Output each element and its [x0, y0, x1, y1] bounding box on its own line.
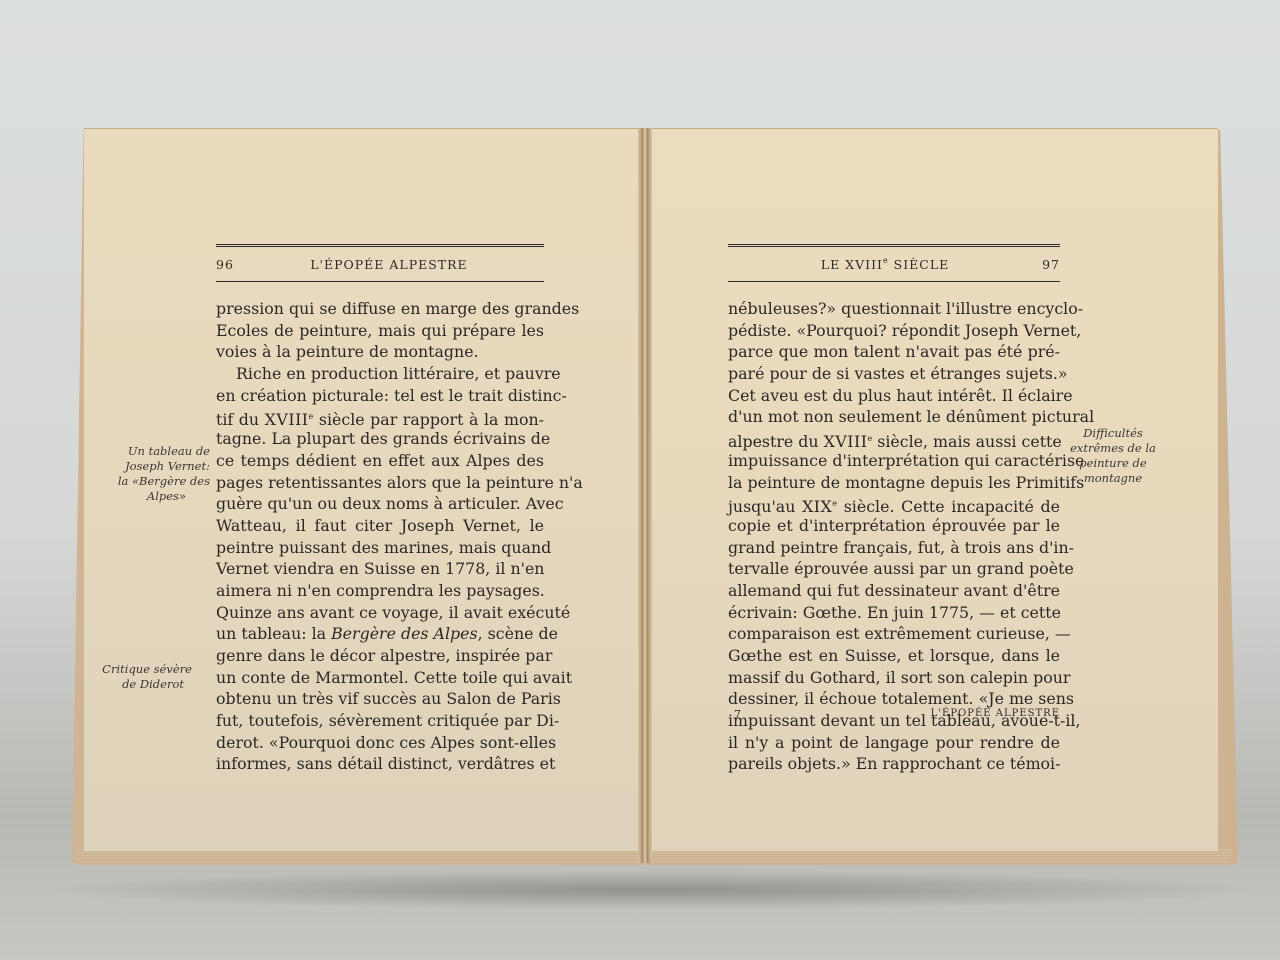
note-line: la «Bergère des: [100, 474, 210, 489]
text-fragment: alpestre du: [728, 432, 824, 451]
note-line: montagne: [1070, 471, 1156, 486]
text-line: genre dans le décor alpestre, inspirée p…: [216, 645, 544, 667]
text-line: Vernet viendra en Suisse en 1778, il n'e…: [216, 558, 544, 580]
text-line: grand peintre français, fut, à trois ans…: [728, 537, 1060, 559]
text-line: Gœthe est en Suisse, et lorsque, dans le: [728, 645, 1060, 667]
right-running-title-part: SIÈCLE: [889, 257, 950, 272]
margin-note-diderot: Critique sévère de Diderot: [100, 662, 192, 692]
text-line: un conte de Marmontel. Cette toile qui a…: [216, 667, 544, 689]
text-line: pages retentissantes alors que la peintu…: [216, 472, 544, 494]
left-running-title: L'ÉPOPÉE ALPESTRE: [234, 257, 544, 272]
text-line: tif du XVIIIe siècle par rapport à la mo…: [216, 406, 544, 428]
text-line: allemand qui fut dessinateur avant d'êtr…: [728, 580, 1060, 602]
note-line: Difficultés: [1070, 426, 1156, 441]
text-line: comparaison est extrêmement curieuse, —: [728, 623, 1060, 645]
text-fragment: siècle par rapport à la mon-: [313, 410, 544, 429]
text-line: paré pour de si vastes et étranges sujet…: [728, 363, 1060, 385]
text-fragment: jusqu'au: [728, 497, 802, 516]
left-page-number: 96: [216, 257, 234, 272]
text-line: Riche en production littéraire, et pauvr…: [216, 363, 544, 385]
text-line: Quinze ans avant ce voyage, il avait exé…: [216, 602, 544, 624]
left-running-head: 96 L'ÉPOPÉE ALPESTRE: [216, 244, 544, 282]
text-line: aimera ni n'en comprendra les paysages.: [216, 580, 544, 602]
text-line: pédiste. «Pourquoi? répondit Joseph Vern…: [728, 320, 1060, 342]
margin-note-difficultes: Difficultés extrêmes de la peinture de m…: [1070, 426, 1156, 486]
text-line: d'un mot non seulement le dénûment pictu…: [728, 406, 1060, 428]
text-line: nébuleuses?» questionnait l'illustre enc…: [728, 298, 1060, 320]
right-page-number: 97: [1042, 257, 1060, 272]
book-spine: [638, 128, 652, 863]
text-line: guère qu'un ou deux noms à articuler. Av…: [216, 493, 544, 515]
note-line: peinture de: [1070, 456, 1156, 471]
text-line: pareils objets.» En rapprochant ce témoi…: [728, 753, 1060, 775]
text-line: peintre puissant des marines, mais quand: [216, 537, 544, 559]
note-line: Alpes»: [100, 489, 210, 504]
right-running-title: LE XVIIIe SIÈCLE: [728, 256, 1042, 272]
text-line: informes, sans détail distinct, verdâtre…: [216, 753, 544, 775]
text-line: voies à la peinture de montagne.: [216, 341, 544, 363]
note-line: de Diderot: [100, 677, 192, 692]
text-line: copie et d'interprétation éprouvée par l…: [728, 515, 1060, 537]
text-line: ce temps dédient en effet aux Alpes des: [216, 450, 544, 472]
italic-title: Bergère des Alpes: [331, 624, 478, 643]
right-running-title-part: LE XVIII: [821, 257, 883, 272]
roman-numeral: XVIII: [265, 410, 309, 429]
text-line: tagne. La plupart des grands écrivains d…: [216, 428, 544, 450]
note-line: Joseph Vernet:: [100, 459, 210, 474]
text-fragment: tif du: [216, 410, 265, 429]
text-line: un tableau: la Bergère des Alpes, scène …: [216, 623, 544, 645]
text-line: Ecoles de peinture, mais qui prépare les: [216, 320, 544, 342]
printer-signature: 7 L'ÉPOPÉE ALPESTRE: [728, 708, 1060, 721]
text-line: massif du Gothard, il sort son calepin p…: [728, 667, 1060, 689]
left-body-text: pression qui se diffuse en marge des gra…: [216, 298, 544, 775]
text-line: il n'y a point de langage pour rendre de: [728, 732, 1060, 754]
text-fragment: un tableau: la: [216, 624, 331, 643]
text-line: Watteau, il faut citer Joseph Vernet, le: [216, 515, 544, 537]
text-line: pression qui se diffuse en marge des gra…: [216, 298, 544, 320]
right-running-head: LE XVIIIe SIÈCLE 97: [728, 244, 1060, 282]
text-line: parce que mon talent n'avait pas été pré…: [728, 341, 1060, 363]
note-line: Critique sévère: [100, 662, 192, 677]
book-shadow: [40, 870, 1260, 910]
text-line: écrivain: Gœthe. En juin 1775, — et cett…: [728, 602, 1060, 624]
text-fragment: , scène de: [478, 624, 558, 643]
note-line: extrêmes de la: [1070, 441, 1156, 456]
note-line: Un tableau de: [100, 444, 210, 459]
text-line: la peinture de montagne depuis les Primi…: [728, 472, 1060, 494]
text-line: alpestre du XVIIIe siècle, mais aussi ce…: [728, 428, 1060, 450]
text-line: fut, toutefois, sévèrement critiquée par…: [216, 710, 544, 732]
text-fragment: siècle, mais aussi cette: [872, 432, 1062, 451]
text-line: derot. «Pourquoi donc ces Alpes sont-ell…: [216, 732, 544, 754]
signature-title: L'ÉPOPÉE ALPESTRE: [931, 708, 1060, 721]
text-line: dessiner, il échoue totalement. «Je me s…: [728, 688, 1060, 710]
right-body-text: nébuleuses?» questionnait l'illustre enc…: [728, 298, 1060, 775]
roman-numeral: XVIII: [824, 432, 868, 451]
text-line: tervalle éprouvée aussi par un grand poè…: [728, 558, 1060, 580]
text-fragment: siècle. Cette incapacité de: [837, 497, 1060, 516]
signature-number: 7: [728, 708, 742, 721]
text-line: Cet aveu est du plus haut intérêt. Il éc…: [728, 385, 1060, 407]
roman-numeral: XIX: [802, 497, 832, 516]
text-line: impuissance d'interprétation qui caracté…: [728, 450, 1060, 472]
text-line: obtenu un très vif succès au Salon de Pa…: [216, 688, 544, 710]
text-line: en création picturale: tel est le trait …: [216, 385, 544, 407]
margin-note-vernet: Un tableau de Joseph Vernet: la «Bergère…: [100, 444, 210, 504]
text-line: jusqu'au XIXe siècle. Cette incapacité d…: [728, 493, 1060, 515]
